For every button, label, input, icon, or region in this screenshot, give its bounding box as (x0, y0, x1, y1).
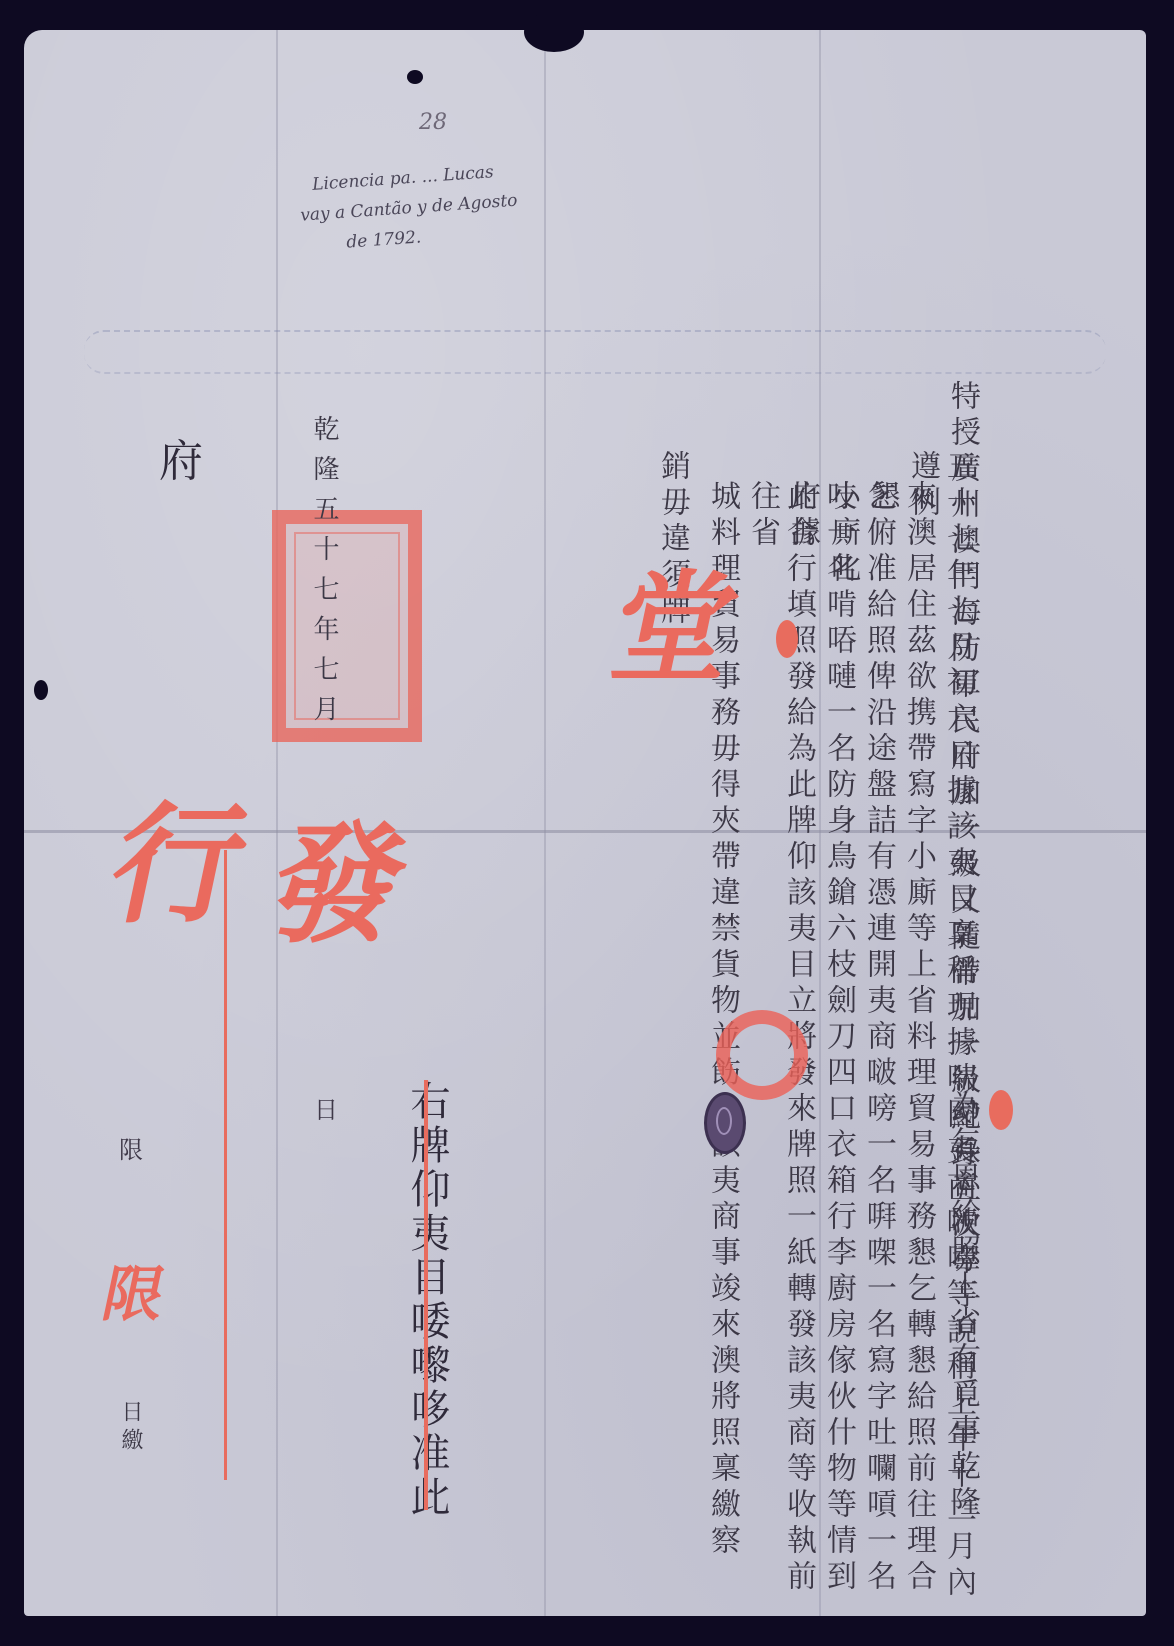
archival-note: Licencia pa. ... Lucas vay a Cantão y de… (311, 150, 597, 259)
round-seal (716, 1010, 808, 1100)
day-marker: 日 (314, 1090, 338, 1125)
header-char: 府 (159, 425, 203, 489)
era-name: 乾隆 (306, 415, 342, 495)
vermilion-approval-char: 堂 (601, 570, 747, 690)
fold-line (276, 30, 278, 1616)
vermilion-signature-char: 發 (260, 820, 418, 950)
vermilion-dot (989, 1090, 1013, 1130)
vermilion-dot (776, 620, 798, 658)
decorative-border (84, 330, 1106, 374)
vermilion-stroke (424, 1080, 428, 1510)
document-sheet: 28 Licencia pa. ... Lucas vay a Cantão y… (24, 30, 1146, 1616)
ink-blot (407, 70, 423, 84)
folio-number: 28 (419, 110, 447, 135)
vermilion-signature-char: 行 (100, 800, 258, 930)
deadline-chars: 日繳 (112, 1400, 148, 1456)
oval-seal (704, 1092, 746, 1154)
vermilion-stroke (224, 850, 227, 1480)
date-text: 五十七年七月 (306, 495, 342, 735)
ink-blot (34, 680, 48, 700)
paper-tear (524, 12, 584, 52)
fold-line (544, 30, 546, 1616)
limit-char: 限 (119, 1130, 143, 1165)
official-seal-rect (272, 510, 422, 742)
vermilion-date-mark: 限 (98, 1265, 171, 1325)
